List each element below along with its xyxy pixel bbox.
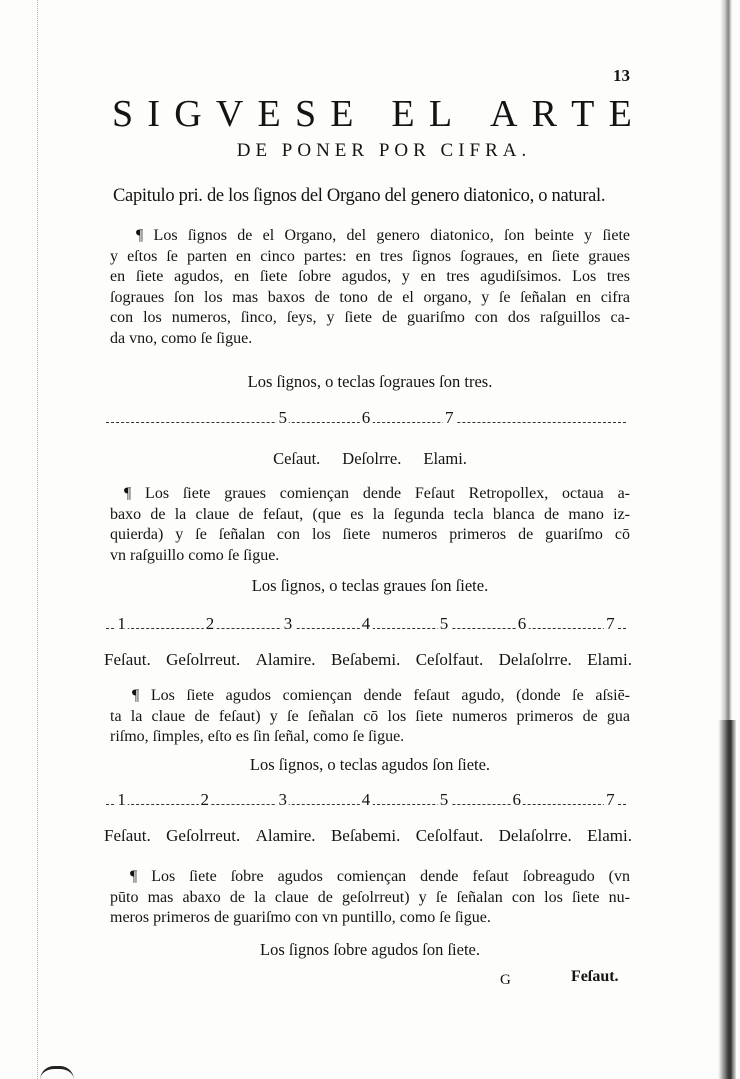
cipher-number: 4 xyxy=(360,790,373,810)
text-line: ¶ Los ſiete agudos comiençan dende feſau… xyxy=(110,686,630,707)
title-letter: E xyxy=(330,92,353,136)
key-name: Geſolrreut. xyxy=(166,650,240,670)
page-subtitle: DE PONER POR CIFRA. xyxy=(0,140,740,162)
tablature-line-sograues: 5 6 7 xyxy=(106,410,626,430)
key-name: Elami. xyxy=(587,826,632,846)
text-line: ¶ Los ſignos de el Organo, del genero di… xyxy=(110,226,630,247)
caption-graues: Los ſignos, o teclas graues ſon ſiete. xyxy=(0,576,740,596)
cipher-number: 7 xyxy=(443,408,456,428)
text-line: ¶ Los ſiete graues comiençan dende Feſau… xyxy=(110,484,630,505)
ornament-fragment xyxy=(40,1066,74,1079)
title-letter: V xyxy=(216,92,243,136)
text-line: ſograues ſon los mas baxos de tono de el… xyxy=(110,288,630,309)
text-line: baxo de la claue de feſaut, (que es la ſ… xyxy=(110,505,630,526)
title-letter: G xyxy=(174,92,201,136)
key-name: Alamire. xyxy=(256,826,316,846)
cipher-number: 7 xyxy=(604,790,617,810)
cipher-number: 6 xyxy=(360,408,373,428)
text-line: y eſtos ſe parten en cinco partes: en tr… xyxy=(110,247,630,268)
text-line: da vno, como ſe ſigue. xyxy=(110,329,630,350)
caption-sograues: Los ſignos, o teclas ſograues ſon tres. xyxy=(0,372,740,392)
key-name: Ceſolfaut. xyxy=(416,650,484,670)
text-line: meros primeros de guariſmo con vn puntil… xyxy=(110,908,630,929)
title-letter: R xyxy=(532,92,557,136)
paragraph-agudos: ¶ Los ſiete agudos comiençan dende feſau… xyxy=(110,686,630,748)
key-name: Geſolrreut. xyxy=(166,826,240,846)
key-name: Delaſolrre. xyxy=(499,826,572,846)
folio-number: 13 xyxy=(613,66,630,86)
title-letter: I xyxy=(147,92,160,136)
cipher-number: 2 xyxy=(204,614,217,634)
paragraph-intro: ¶ Los ſignos de el Organo, del genero di… xyxy=(110,226,630,349)
paragraph-sobreagudos: ¶ Los ſiete ſobre agudos comiençan dende… xyxy=(110,867,630,929)
title-letter: A xyxy=(490,92,517,136)
title-letter: S xyxy=(112,92,133,136)
text-line: quierda) y ſe ſeñalan con los ſiete nume… xyxy=(110,525,630,546)
text-line: ¶ Los ſiete ſobre agudos comiençan dende… xyxy=(110,867,630,888)
key-name: Ceſolfaut. xyxy=(416,826,484,846)
key-name: Alamire. xyxy=(256,650,316,670)
names-agudos: Feſaut. Geſolrreut. Alamire. Beſabemi. C… xyxy=(104,826,632,846)
catchword: Feſaut. xyxy=(571,968,619,986)
title-letter: L xyxy=(429,92,452,136)
key-name: Delaſolrre. xyxy=(499,650,572,670)
paragraph-graues: ¶ Los ſiete graues comiençan dende Feſau… xyxy=(110,484,630,566)
cipher-number: 3 xyxy=(282,614,295,634)
names-sograues: Ceſaut. Deſolrre. Elami. xyxy=(0,449,740,469)
key-name: Beſabemi. xyxy=(331,650,400,670)
cipher-number: 3 xyxy=(277,790,290,810)
cipher-number: 1 xyxy=(115,790,128,810)
key-name: Elami. xyxy=(423,449,467,469)
title-letter: E xyxy=(258,92,281,136)
title-letter: E xyxy=(391,92,414,136)
cipher-number: 4 xyxy=(360,614,373,634)
signature-mark: G xyxy=(500,972,511,989)
key-name: Feſaut. xyxy=(104,650,151,670)
cipher-number: 2 xyxy=(199,790,212,810)
cipher-number: 6 xyxy=(516,614,529,634)
text-line: vn raſguillo como ſe ſigue. xyxy=(110,546,630,567)
text-line: en ſiete agudos, en ſiete ſobre agudos, … xyxy=(110,267,630,288)
title-letter: T xyxy=(571,92,594,136)
text-line: con los numeros, ſinco, ſeys, y ſiete de… xyxy=(110,308,630,329)
cipher-number: 1 xyxy=(115,614,128,634)
names-graues: Feſaut. Geſolrreut. Alamire. Beſabemi. C… xyxy=(104,650,632,670)
cipher-number: 5 xyxy=(438,614,451,634)
page-title: S I G V E S E E L A R T E xyxy=(112,92,632,136)
title-space xyxy=(466,92,476,136)
key-name: Elami. xyxy=(587,650,632,670)
title-space xyxy=(368,92,378,136)
text-line: ta la claue de feſaut) y ſe ſeñalan cō l… xyxy=(110,707,630,728)
tablature-line-agudos: 1 2 3 4 5 6 7 xyxy=(106,792,626,812)
caption-agudos: Los ſignos, o teclas agudos ſon ſiete. xyxy=(0,755,740,775)
tablature-line-graues: 1 2 3 4 5 6 7 xyxy=(106,616,626,636)
title-letter: E xyxy=(609,92,632,136)
title-letter: S xyxy=(295,92,316,136)
key-name: Ceſaut. xyxy=(273,449,320,469)
key-name: Feſaut. xyxy=(104,826,151,846)
key-name: Deſolrre. xyxy=(342,449,401,469)
cipher-number: 5 xyxy=(277,408,290,428)
cipher-number: 5 xyxy=(438,790,451,810)
cipher-number: 6 xyxy=(511,790,524,810)
chapter-heading: Capitulo pri. de los ſignos del Organo d… xyxy=(113,186,629,207)
cipher-number: 7 xyxy=(604,614,617,634)
key-name: Beſabemi. xyxy=(331,826,400,846)
text-line: pūto mas abaxo de la claue de geſolrreut… xyxy=(110,888,630,909)
caption-sobreagudos: Los ſignos ſobre agudos ſon ſiete. xyxy=(0,940,740,960)
text-line: riſmo, ſimples, eſto es ſin ſeñal, como … xyxy=(110,727,630,748)
